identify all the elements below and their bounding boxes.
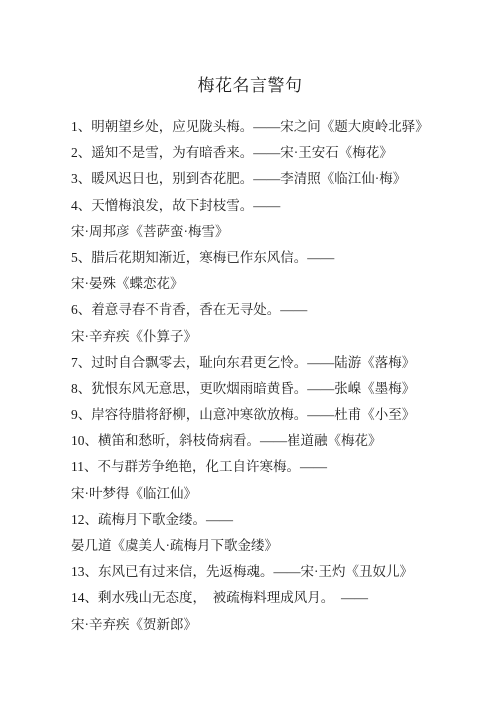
quote-line: 宋·叶梦得《临江仙》 [71, 481, 470, 507]
quote-line: 13、东风已有过来信，先返梅魂。——宋·王灼《丑奴儿》 [71, 559, 470, 585]
quote-line: 14、剩水残山无态度， 被疏梅料理成风月。 —— [71, 585, 470, 611]
quote-line: 晏几道《虞美人·疏梅月下歌金缕》 [71, 533, 470, 559]
quote-line: 8、犹恨东风无意思，更吹烟雨暗黄昏。——张嵲《墨梅》 [71, 376, 470, 402]
quote-line: 10、横笛和愁昕，斜枝倚病看。——崔道融《梅花》 [71, 428, 470, 454]
quote-line: 3、暖风迟日也，别到杏花肥。——李清照《临江仙·梅》 [71, 166, 470, 192]
quote-line: 2、遥知不是雪，为有暗香来。——宋·王安石《梅花》 [71, 140, 470, 166]
quote-line: 4、天憎梅浪发，故下封枝雪。—— [71, 193, 470, 219]
quote-line: 宋·辛弃疾《贺新郎》 [71, 612, 470, 638]
quote-line: 宋·辛弃疾《仆算子》 [71, 324, 470, 350]
document-page: 梅花名言警句 1、明朝望乡处，应见陇头梅。——宋之问《题大庾岭北驿》2、遥知不是… [0, 0, 500, 708]
quote-line: 5、腊后花期知渐近，寒梅已作东风信。—— [71, 245, 470, 271]
page-title: 梅花名言警句 [0, 71, 500, 96]
quote-line: 6、着意寻春不肯香，香在无寻处。—— [71, 297, 470, 323]
quote-line: 宋·周邦彦《菩萨蛮·梅雪》 [71, 219, 470, 245]
quote-line: 12、疏梅月下歌金缕。—— [71, 507, 470, 533]
quote-line: 9、岸容待腊将舒柳，山意冲寒欲放梅。——杜甫《小至》 [71, 402, 470, 428]
quote-line: 11、不与群芳争绝艳，化工自许寒梅。—— [71, 454, 470, 480]
quote-list: 1、明朝望乡处，应见陇头梅。——宋之问《题大庾岭北驿》2、遥知不是雪，为有暗香来… [71, 114, 470, 638]
quote-line: 7、过时自合飘零去，耻向东君更乞怜。——陆游《落梅》 [71, 350, 470, 376]
quote-line: 1、明朝望乡处，应见陇头梅。——宋之问《题大庾岭北驿》 [71, 114, 470, 140]
quote-line: 宋·晏殊《蝶恋花》 [71, 271, 470, 297]
